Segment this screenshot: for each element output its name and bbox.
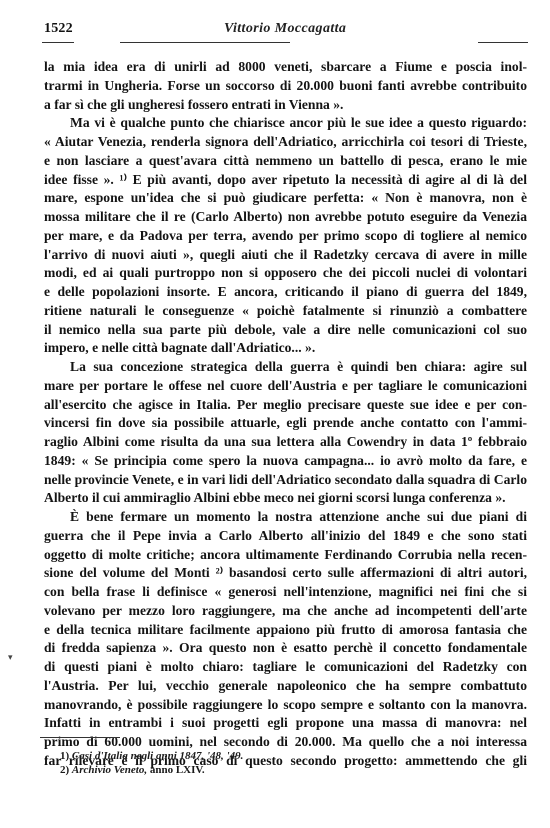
footnotes: 1) Casi d'Italia negli anni 1847, '48, '… [60,749,243,777]
page-number: 1522 [44,21,73,37]
header-rule-right [478,42,528,43]
text-line: l'Austria. Per lui, vecchio generale nap… [44,677,527,696]
footnote-rest: anno LXIV. [147,764,205,776]
footnote-marker: 1) [60,750,69,762]
footnote-2: 2) Archivio Veneto, anno LXIV. [60,763,243,777]
text-line: all'esercito che agisce in Italia. Per m… [44,396,527,415]
text-line: Alberto il cui ammiraglio Albini ebbe me… [44,489,527,508]
footnote-title: Archivio Veneto, [72,764,147,776]
text-line: volevano per mezzo loro raggiungere, ma … [44,602,527,621]
text-line: raglio Albini come risulta da una sua le… [44,433,527,452]
text-line: per mare, e da Padova per terra, avendo … [44,227,527,246]
text-line: idee fisse ». ¹⁾ E più avanti, dopo aver… [44,171,527,190]
text-line: la mia idea era di unirli ad 8000 veneti… [44,58,527,77]
text-line: sione del volume del Monti ²⁾ basandosi … [44,564,527,583]
text-line: 1849: « Se principia come spero la nuova… [44,452,527,471]
running-head: Vittorio Moccagatta [224,21,346,37]
text-line: il nemico nella sua parte più debole, va… [44,321,527,340]
margin-mark: ▾ [8,653,13,663]
text-line: « Aiutar Venezia, renderla signora dell'… [44,133,527,152]
text-line: ritiene naturali le conseguenze « poichè… [44,302,527,321]
text-line: impero, e nelle città bagnate dall'Adria… [44,339,527,358]
body-text: la mia idea era di unirli ad 8000 veneti… [44,58,527,771]
page-header: 1522 Vittorio Moccagatta [44,21,527,41]
footnote-marker: 2) [60,764,69,776]
text-line: mare, espone un'idea che si può giudicar… [44,189,527,208]
text-line: nelle provincie Venete, e in vari lidi d… [44,471,527,490]
text-line: È bene fermare un momento la nostra atte… [44,508,527,527]
text-line: mare per portare le offese nel cuore del… [44,377,527,396]
text-line: Ma vi è qualche punto che chiarisce anco… [44,114,527,133]
footnote-title: Casi d'Italia negli anni 1847, '48, '49. [72,750,243,762]
text-line: e non lasciare a quest'avara città nemme… [44,152,527,171]
text-line: di fredda sapienza ». Ora questo non è e… [44,639,527,658]
text-line: l'arrivo di nuovi aiuti », quegli aiuti … [44,246,527,265]
text-line: mossa militare che il re (Carlo Alberto)… [44,208,527,227]
text-line: manovrando, è possibile raggiungere lo s… [44,696,527,715]
text-line: di questi piani è molto chiaro: tagliare… [44,658,527,677]
text-line: a far sì che gli ungheresi fossero entra… [44,96,527,115]
text-line: e della tecnica militare facilmente appa… [44,621,527,640]
text-line: La sua concezione strategica della guerr… [44,358,527,377]
text-line: oggetto di molte critiche; ancora ultima… [44,546,527,565]
footnote-1: 1) Casi d'Italia negli anni 1847, '48, '… [60,749,243,763]
text-line: modi, ed ai quali purtroppo non si oppos… [44,264,527,283]
text-line: trarmi in Ungheria. Forse un soccorso di… [44,77,527,96]
stray-mark: ′ [460,738,462,748]
text-line: guerra che il Pepe invia a Carlo Alberto… [44,527,527,546]
text-line: con bella frase li definisce « generosi … [44,583,527,602]
text-line: e delle popolazioni insorte. E ancora, c… [44,283,527,302]
text-line: vincersi fin dove sia possibile attuarle… [44,414,527,433]
text-line: Infatti in entrambi i suoi progetti egli… [44,714,527,733]
header-rule-left [42,42,74,43]
footnote-rule [40,737,120,738]
header-rule-center [120,42,290,43]
